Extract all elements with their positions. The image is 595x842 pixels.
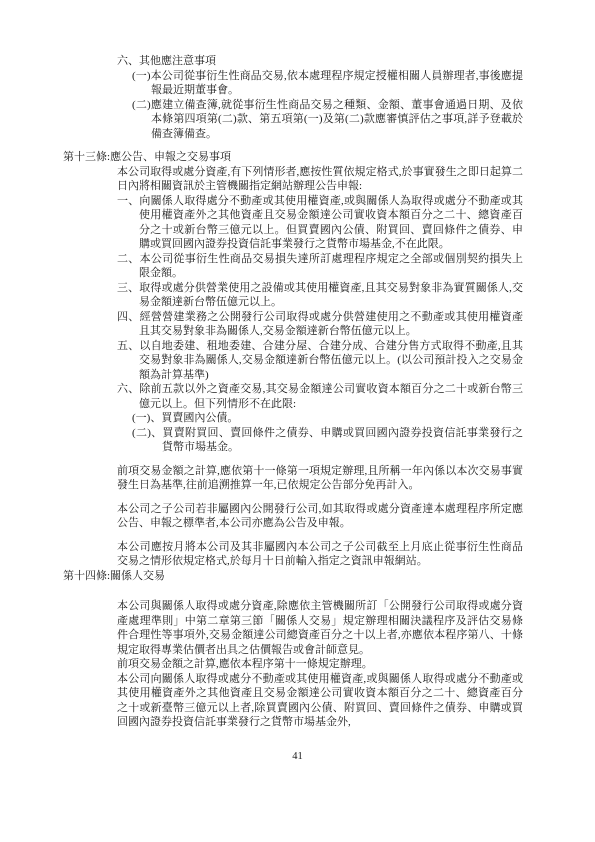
paragraph: 本公司之子公司若非屬國內公開發行公司,如其取得或處分資產達本處理程序所定應公告、… — [117, 502, 523, 531]
list-item-6: 六、其他應注意事項 — [117, 54, 523, 69]
prev-article-continuation: 六、其他應注意事項 (一)本公司從事衍生性商品交易,依本處理程序規定授權相關人員… — [117, 54, 523, 141]
list-item: 一、向關係人取得處分不動產或其使用權資產,或與關係人為取得或處分不動產或其使用權… — [117, 194, 523, 252]
article-13-body: 本公司取得或處分資產,有下列情形者,應按性質依規定格式,於事實發生之即日起算二日… — [117, 165, 523, 569]
article-13-title: 應公告、申報之交易事項 — [110, 151, 231, 163]
article-13-heading: 第十三條:應公告、申報之交易事項 — [63, 150, 523, 165]
article-13-label: 第十三條: — [63, 151, 110, 163]
paragraph: 前項交易金額之計算,應依第十一條第一項規定辦理,且所稱一年內係以本次交易事實發生… — [117, 464, 523, 493]
paragraph: 前項交易金額之計算,應依本程序第十一條規定辦理。 — [117, 657, 523, 672]
paragraph: 本公司應按月將本公司及其非屬國內本公司之子公司截至上月底止從事衍生性商品交易之情… — [117, 540, 523, 569]
list-item: 六、除前五款以外之資產交易,其交易金額達公司實收資本額百分之二十或新台幣三億元以… — [117, 382, 523, 411]
list-item: 四、經營營建業務之公開發行公司取得或處分供營建使用之不動產或其使用權資產且其交易… — [117, 310, 523, 339]
article-14-heading: 第十四條:關係人交易 — [63, 569, 523, 584]
article-14: 第十四條:關係人交易 本公司與關係人取得或處分資產,除應依主管機關所訂「公開發行… — [63, 569, 523, 730]
list-subitem: (一)、買賣國內公債。 — [132, 411, 523, 426]
paragraph: 本公司向關係人取得或處分不動產或其使用權資產,或與關係人取得或處分不動產或其使用… — [117, 672, 523, 730]
list-item: 二、本公司從事衍生性商品交易損失達所訂處理程序規定之全部或個別契約損失上限金額。 — [117, 252, 523, 281]
article-14-body: 本公司與關係人取得或處分資產,除應依主管機關所訂「公開發行公司取得或處分資產處理… — [117, 599, 523, 730]
page-number: 41 — [0, 750, 595, 765]
list-subitem-1: (一)本公司從事衍生性商品交易,依本處理程序規定授權相關人員辦理者,事後應提報最… — [132, 69, 523, 98]
list-item: 三、取得或處分供營業使用之設備或其使用權資產,且其交易對象非為實質關係人,交易金… — [117, 281, 523, 310]
list-subitem-2: (二)應建立備查簿,就從事衍生性商品交易之種類、金額、董事會通過日期、及依本條第… — [132, 98, 523, 142]
list-item: 五、以自地委建、租地委建、合建分屋、合建分成、合建分售方式取得不動產,且其交易對… — [117, 339, 523, 383]
document-content: 六、其他應注意事項 (一)本公司從事衍生性商品交易,依本處理程序規定授權相關人員… — [63, 54, 523, 730]
document-page: 六、其他應注意事項 (一)本公司從事衍生性商品交易,依本處理程序規定授權相關人員… — [0, 0, 595, 842]
article-14-label: 第十四條: — [63, 570, 110, 582]
article-13-intro: 本公司取得或處分資產,有下列情形者,應按性質依規定格式,於事實發生之即日起算二日… — [117, 165, 523, 194]
article-13: 第十三條:應公告、申報之交易事項 本公司取得或處分資產,有下列情形者,應按性質依… — [63, 150, 523, 569]
article-14-title: 關係人交易 — [110, 570, 165, 582]
paragraph: 本公司與關係人取得或處分資產,除應依主管機關所訂「公開發行公司取得或處分資產處理… — [117, 599, 523, 657]
list-subitem: (二)、買賣附買回、賣回條件之債券、申購或買回國內證券投資信託事業發行之貨幣市場… — [132, 426, 523, 455]
